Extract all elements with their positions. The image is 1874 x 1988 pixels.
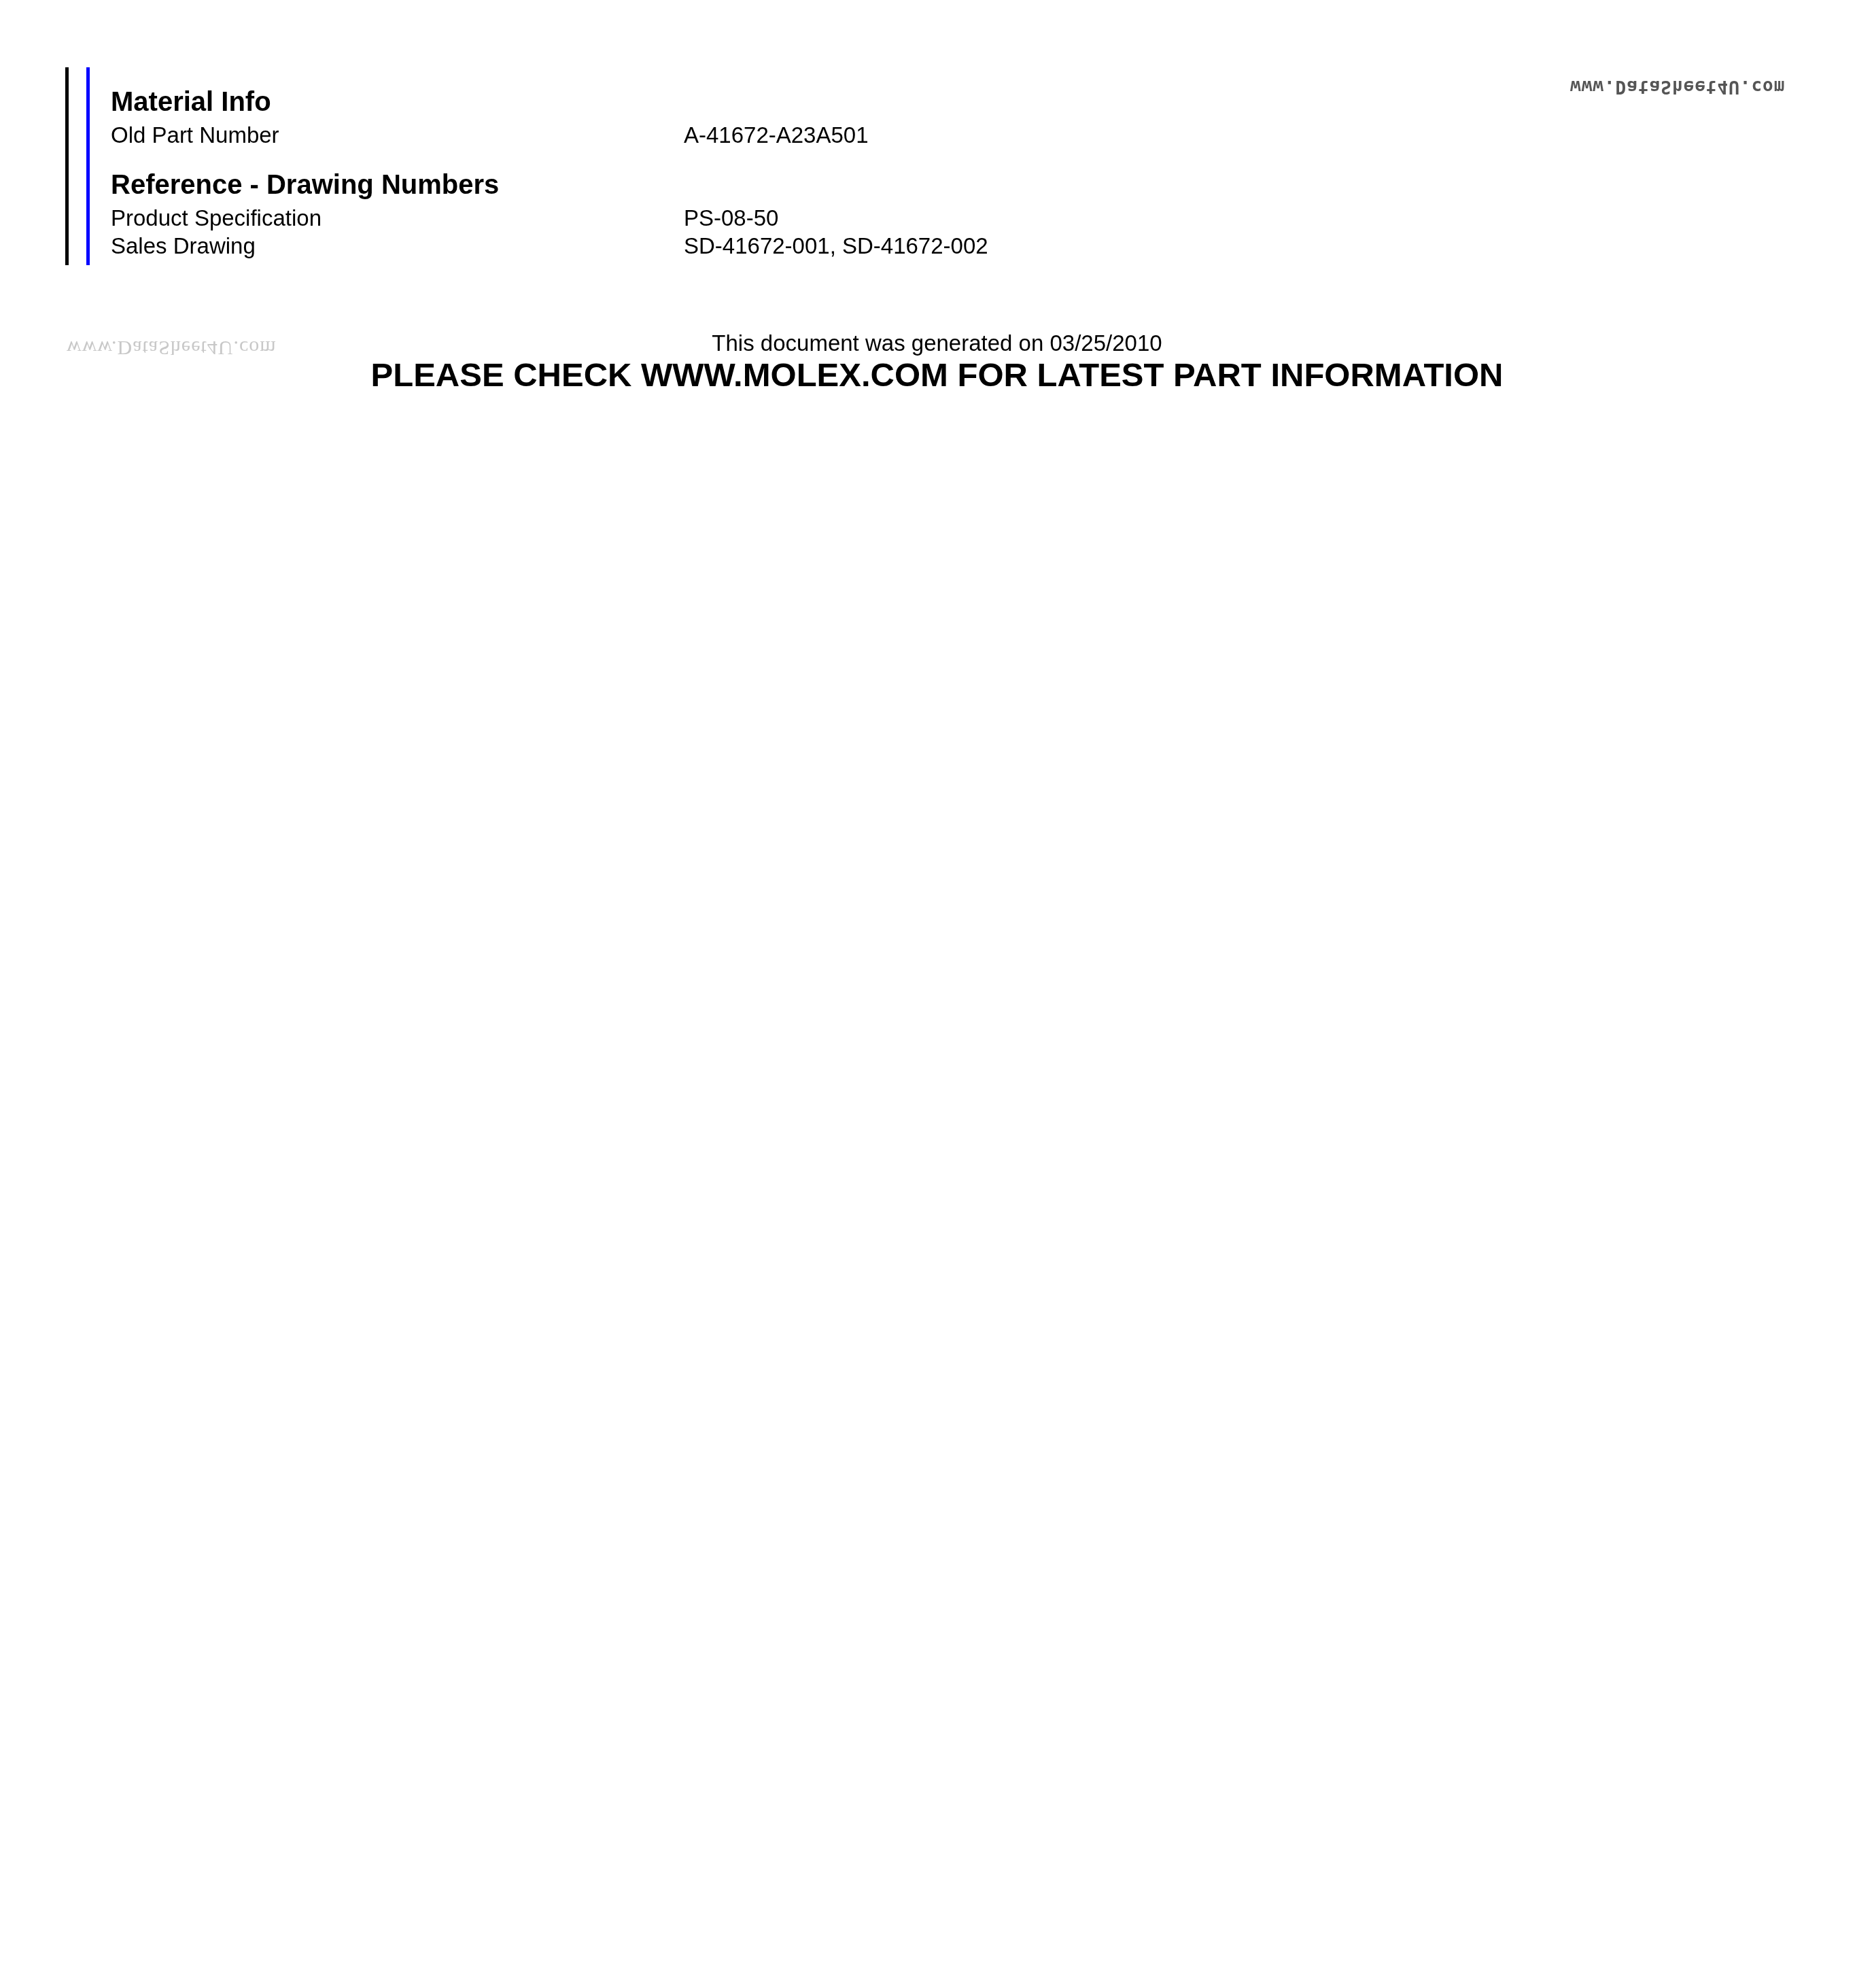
product-specification-label: Product Specification (111, 207, 322, 229)
latest-info-notice: PLEASE CHECK WWW.MOLEX.COM FOR LATEST PA… (0, 359, 1874, 392)
old-part-number-value: A-41672-A23A501 (684, 124, 869, 146)
old-part-number-label: Old Part Number (111, 124, 279, 146)
watermark-top-right: www.DataSheet4U.com (1570, 76, 1785, 97)
product-specification-value: PS-08-50 (684, 207, 778, 229)
margin-rule-blue (86, 67, 90, 265)
sales-drawing-value: SD-41672-001, SD-41672-002 (684, 235, 988, 257)
reference-drawing-numbers-heading: Reference - Drawing Numbers (111, 171, 499, 199)
material-info-heading: Material Info (111, 88, 271, 116)
sales-drawing-label: Sales Drawing (111, 235, 256, 257)
margin-rule-black (65, 67, 69, 265)
generated-date-text: This document was generated on 03/25/201… (0, 332, 1874, 354)
